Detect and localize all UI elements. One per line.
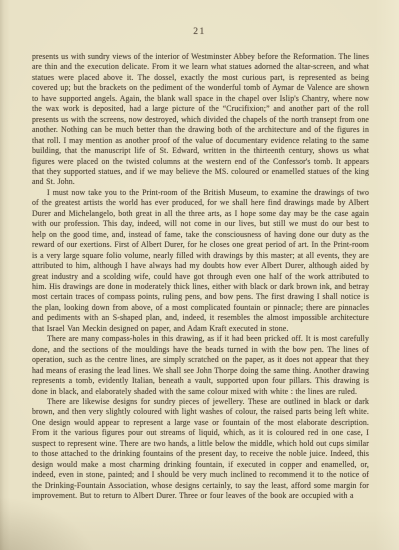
paragraph-4: There are likewise designs for sundry pi…	[32, 397, 369, 502]
paragraph-1: presents us with sundry views of the int…	[32, 52, 369, 188]
book-page: 21 presents us with sundry views of the …	[0, 0, 399, 550]
paragraph-2: I must now take you to the Print-room of…	[32, 188, 369, 334]
paragraph-3: There are many compass-holes in this dra…	[32, 334, 369, 397]
page-text: presents us with sundry views of the int…	[32, 52, 369, 501]
page-number: 21	[0, 27, 399, 37]
